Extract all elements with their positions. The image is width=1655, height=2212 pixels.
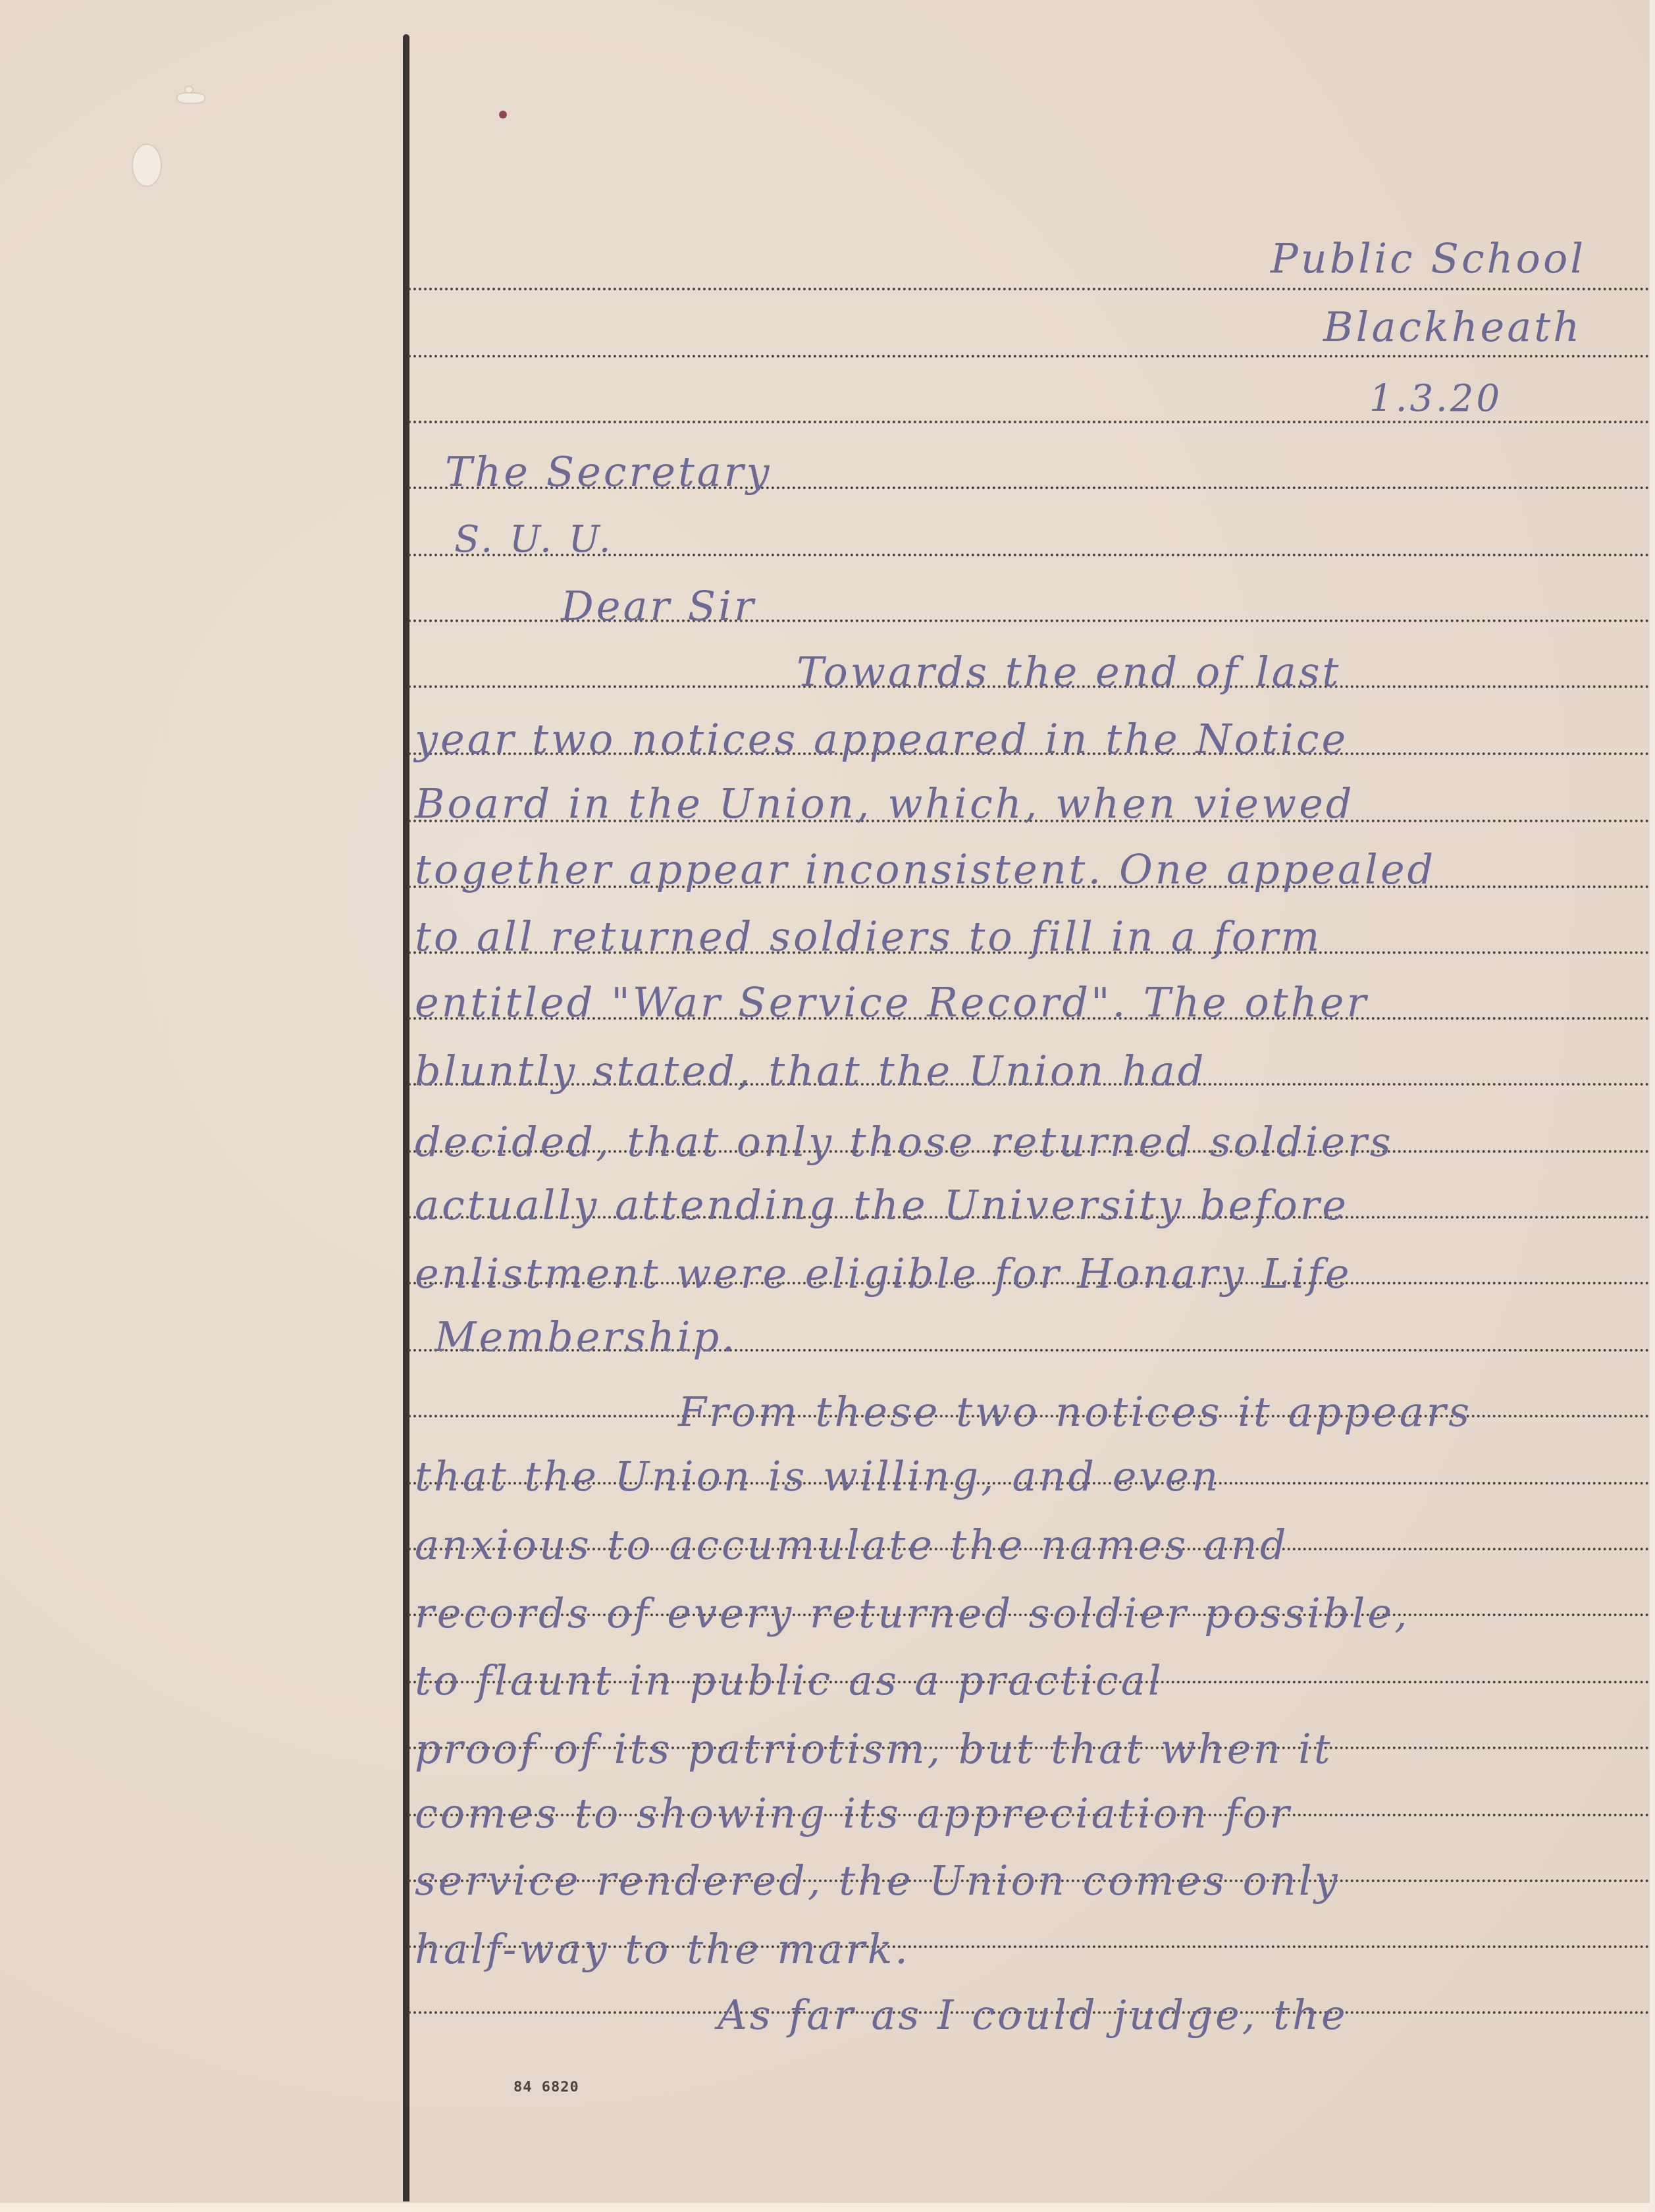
body-line: anxious to accumulate the names and	[415, 1525, 1288, 1566]
body-line: year two notices appeared in the Notice	[415, 719, 1348, 760]
ruled-line	[408, 288, 1650, 290]
scan-border-bottom	[0, 2203, 1655, 2212]
printed-form-code: 84 6820	[513, 2079, 579, 2095]
body-line: bluntly stated, that the Union had	[415, 1051, 1207, 1092]
ink-spot	[499, 111, 507, 118]
body-line: actually attending the University before	[415, 1185, 1349, 1226]
ruled-line	[408, 421, 1650, 423]
address-line-1: Public School	[1271, 238, 1586, 279]
body-line: to flaunt in public as a practical	[415, 1660, 1163, 1701]
body-line: enlistment were eligible for Honary Life	[415, 1253, 1352, 1294]
body-line: that the Union is willing, and even	[415, 1456, 1221, 1497]
body-line: comes to showing its appreciation for	[415, 1793, 1292, 1834]
body-line: entitled "War Service Record". The other	[415, 982, 1369, 1023]
body-line: Board in the Union, which, when viewed	[415, 783, 1355, 824]
body-line: As far as I could judge, the	[718, 1995, 1348, 2036]
paper-tear-mark	[176, 92, 205, 104]
body-line: together appear inconsistent. One appeal…	[415, 849, 1436, 890]
recipient-line-1: The Secretary	[445, 452, 772, 492]
body-line: service rendered, the Union comes only	[415, 1860, 1340, 1901]
body-line: Towards the end of last	[797, 652, 1342, 693]
body-line: From these two notices it appears	[678, 1392, 1472, 1433]
body-line: decided, that only those returned soldie…	[415, 1122, 1394, 1163]
body-line: to all returned soldiers to fill in a fo…	[415, 916, 1322, 957]
address-line-2: Blackheath	[1323, 307, 1582, 348]
recipient-line-2: S. U. U.	[454, 521, 613, 558]
body-line: records of every returned soldier possib…	[415, 1593, 1410, 1634]
scan-border-right	[1650, 0, 1655, 2212]
margin-line	[403, 34, 409, 2201]
body-line: proof of its patriotism, but that when i…	[415, 1729, 1333, 1770]
ruled-line	[408, 355, 1650, 357]
paper-tear-mark	[184, 86, 194, 93]
body-line: Membership.	[434, 1317, 737, 1357]
body-line: half-way to the mark.	[415, 1929, 910, 1970]
paper-tear-mark	[132, 144, 162, 187]
salutation: Dear Sir	[561, 586, 756, 627]
letter-date: 1.3.20	[1369, 381, 1502, 417]
